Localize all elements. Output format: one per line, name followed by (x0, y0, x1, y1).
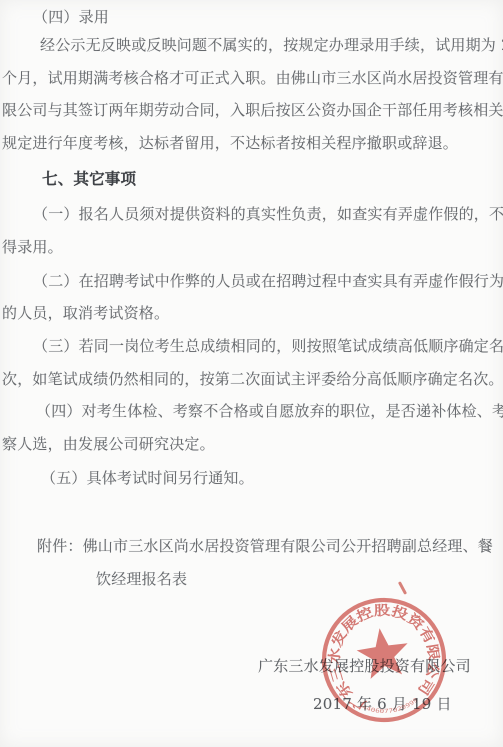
section-recruit-heading: （四）录用 (33, 7, 109, 27)
body-line: 个月，试用期满考核合格才可正式入职。由佛山市三水区尚水居投资管理有 (2, 68, 503, 88)
body-line: 察人选，由发展公司研究决定。 (2, 434, 215, 454)
body-line: 规定进行年度考核，达标者留用，不达标者按相关程序撤职或辞退。 (2, 133, 458, 153)
body-line: （一）报名人员须对提供资料的真实性负责，如查实有弄虚作假的，不 (33, 204, 503, 224)
body-line: 经公示无反映或反映问题不属实的，按规定办理录用手续，试用期为 2 (40, 35, 503, 55)
body-line: 得录用。 (2, 237, 63, 257)
body-line: （四）对考生体检、考察不合格或自愿放弃的职位，是否递补体检、考 (36, 401, 503, 421)
body-line: （五）具体考试时间另行通知。 (41, 468, 254, 488)
document-page: （四）录用 经公示无反映或反映问题不属实的，按规定办理录用手续，试用期为 2 个… (0, 0, 503, 747)
section-other-heading: 七、其它事项 (42, 169, 136, 189)
attachment-line: 附件：佛山市三水区尚水居投资管理有限公司公开招聘副总经理、餐 (37, 536, 493, 556)
seal-stray-mark (398, 581, 407, 595)
body-line: （三）若同一岗位考生总成绩相同的，则按照笔试成绩高低顺序确定名 (33, 336, 503, 356)
body-line: （二）在招聘考试中作弊的人员或在招聘过程中查实具有弄虚作假行为 (33, 271, 503, 291)
signature-company: 广东三水发展控股投资有限公司 (258, 656, 471, 676)
attachment-line: 饮经理报名表 (96, 569, 187, 589)
body-line: 的人员，取消考试资格。 (2, 303, 169, 323)
body-line: 次，如笔试成绩仍然相同的，按第二次面试主评委给分高低顺序确定名次。 (2, 369, 503, 389)
body-line: 限公司与其签订两年期劳动合同，入职后按区公资办国企干部任用考核相关 (2, 100, 503, 120)
signature-date: 2017 年 6 月 19 日 (313, 694, 452, 714)
